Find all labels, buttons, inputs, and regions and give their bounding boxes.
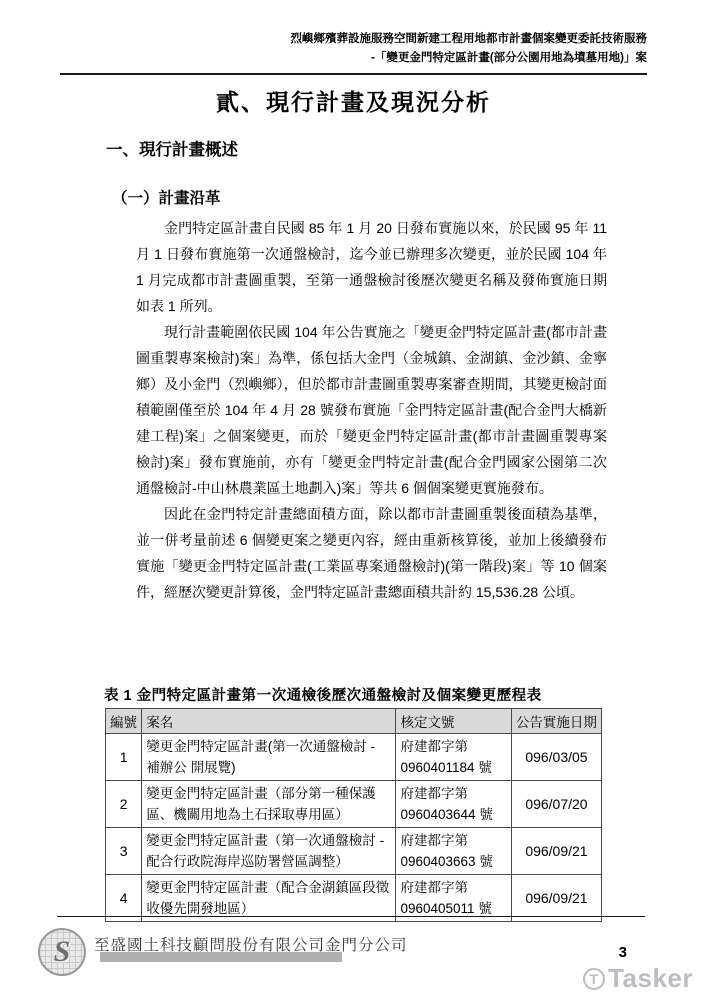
doc-line2: 0960403663 號 [400,851,506,872]
doc-line1: 府建都字第 [400,736,506,757]
cell-doc: 府建都字第 0960403663 號 [396,828,511,875]
footer-company: 至盛國土科技顧問股份有限公司金門分公司 [94,933,408,962]
company-logo-icon: S [38,928,86,976]
cell-name: 變更金門特定區計畫(第一次通盤檢討 - 補辦公 開展覽) [142,734,396,781]
sub-heading: （一）計畫沿革 [112,186,221,208]
cell-date: 096/09/21 [511,875,601,922]
footer-divider [57,916,645,917]
page-number: 3 [619,944,627,961]
history-table: 編號 案名 核定文號 公告實施日期 1 變更金門特定區計畫(第一次通盤檢討 - … [105,708,602,922]
table-row: 4 變更金門特定區計畫（配合金湖鎮區段徵收優先開發地區） 府建都字第 09604… [106,875,602,922]
cell-date: 096/07/20 [511,781,601,828]
paragraph-1: 金門特定區計畫自民國 85 年 1 月 20 日發布實施以來，於民國 95 年 … [136,215,607,319]
table-header-row: 編號 案名 核定文號 公告實施日期 [106,709,602,734]
paragraph-2: 現行計畫範圍依民國 104 年公告實施之「變更金門特定區計畫(都市計畫圖重製專案… [136,319,607,501]
col-header-date: 公告實施日期 [511,709,601,734]
running-header: 烈嶼鄉殯葬設施服務空間新建工程用地都市計畫個案變更委託技術服務 -「變更金門特定… [60,30,647,75]
running-header-line2: -「變更金門特定區計畫(部分公園用地為墳墓用地)」案 [60,49,647,68]
cell-date: 096/03/05 [511,734,601,781]
section-heading: 一、現行計畫概述 [106,136,238,160]
doc-line1: 府建都字第 [400,783,506,804]
table-caption: 表 1 金門特定區計畫第一次通檢後歷次通盤檢討及個案變更歷程表 [104,684,605,705]
cell-name: 變更金門特定區計畫（配合金湖鎮區段徵收優先開發地區） [142,875,396,922]
cell-no: 1 [106,734,142,781]
tasker-logo-icon: T [583,968,605,990]
company-name: 至盛國土科技顧問股份有限公司金門分公司 [94,933,408,955]
doc-line1: 府建都字第 [400,830,506,851]
cell-date: 096/09/21 [511,828,601,875]
tasker-watermark: T Tasker [583,963,693,994]
table-row: 1 變更金門特定區計畫(第一次通盤檢討 - 補辦公 開展覽) 府建都字第 096… [106,734,602,781]
logo-letter: S [54,937,71,967]
doc-line2: 0960403644 號 [400,804,506,825]
paragraph-3: 因此在金門特定計畫總面積方面，除以都市計畫圖重製後面積為基準，並一併考量前述 6… [136,501,607,605]
body-text: 金門特定區計畫自民國 85 年 1 月 20 日發布實施以來，於民國 95 年 … [136,215,607,605]
cell-doc: 府建都字第 0960405011 號 [396,875,511,922]
cell-no: 4 [106,875,142,922]
table-row: 2 變更金門特定區計畫（部分第一種保護區、機關用地為土石採取專用區） 府建都字第… [106,781,602,828]
table-row: 3 變更金門特定區計畫（第一次通盤檢討 - 配合行政院海岸巡防署營區調整） 府建… [106,828,602,875]
table-block: 表 1 金門特定區計畫第一次通檢後歷次通盤檢討及個案變更歷程表 編號 案名 核定… [105,684,605,922]
col-header-doc: 核定文號 [396,709,511,734]
tasker-watermark-text: Tasker [608,963,693,994]
doc-line1: 府建都字第 [400,877,506,898]
cell-doc: 府建都字第 0960403644 號 [396,781,511,828]
col-header-name: 案名 [142,709,396,734]
document-page: 烈嶼鄉殯葬設施服務空間新建工程用地都市計畫個案變更委託技術服務 -「變更金門特定… [0,0,707,1000]
doc-line2: 0960401184 號 [400,757,506,778]
running-header-line1: 烈嶼鄉殯葬設施服務空間新建工程用地都市計畫個案變更委託技術服務 [60,30,647,49]
cell-name: 變更金門特定區計畫（部分第一種保護區、機關用地為土石採取專用區） [142,781,396,828]
col-header-no: 編號 [106,709,142,734]
cell-no: 3 [106,828,142,875]
cell-name: 變更金門特定區計畫（第一次通盤檢討 - 配合行政院海岸巡防署營區調整） [142,828,396,875]
chapter-title: 貳、現行計畫及現況分析 [0,84,707,117]
cell-doc: 府建都字第 0960401184 號 [396,734,511,781]
cell-no: 2 [106,781,142,828]
